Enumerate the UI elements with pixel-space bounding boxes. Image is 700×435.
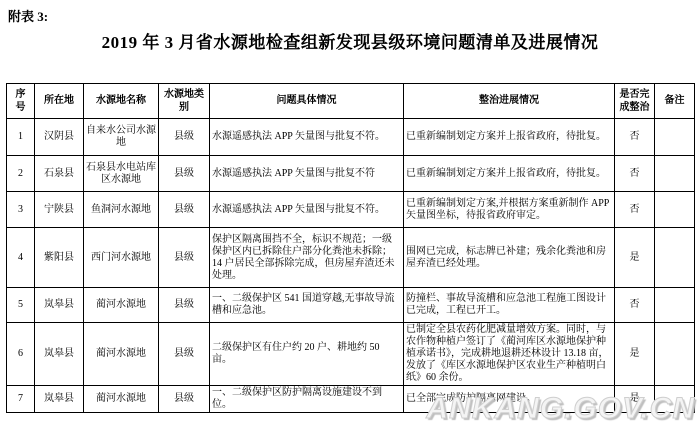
- cell-remark: [655, 119, 695, 156]
- cell-category: 县级: [159, 228, 210, 288]
- cell-remark: [655, 156, 695, 192]
- cell-source-name: 石泉县水电站库区水源地: [84, 156, 159, 192]
- cell-no: 5: [7, 288, 35, 323]
- column-header-completed: 是否完成整治: [615, 84, 655, 119]
- cell-progress: 已重新编制划定方案并上报省政府，待批复。: [404, 156, 615, 192]
- cell-no: 2: [7, 156, 35, 192]
- cell-category: 县级: [159, 156, 210, 192]
- cell-remark: [655, 228, 695, 288]
- table-row: 7 岚皋县 蔺河水源地 县级 一、二级保护区防护隔离设施建设不到位。 已全部完成…: [7, 386, 695, 413]
- cell-completed: 是: [615, 228, 655, 288]
- table-row: 1 汉阴县 自来水公司水源地 县级 水源遥感执法 APP 矢量图与批复不符。 已…: [7, 119, 695, 156]
- table-row: 4 紫阳县 西门河水源地 县级 保护区隔离围挡不全，标识不规范；一级保护区内已拆…: [7, 228, 695, 288]
- cell-completed: 否: [615, 192, 655, 228]
- table-row: 5 岚皋县 蔺河水源地 县级 一、二级保护区 541 国道穿越,无事故导流槽和应…: [7, 288, 695, 323]
- cell-progress: 已制定全县农药化肥减量增效方案。同时，与农作物种植户签订了《蔺河库区水源地保护种…: [404, 323, 615, 386]
- cell-no: 6: [7, 323, 35, 386]
- cell-remark: [655, 386, 695, 413]
- cell-remark: [655, 192, 695, 228]
- cell-source-name: 蔺河水源地: [84, 288, 159, 323]
- cell-remark: [655, 323, 695, 386]
- cell-problem: 一、二级保护区防护隔离设施建设不到位。: [210, 386, 404, 413]
- cell-completed: 否: [615, 119, 655, 156]
- cell-problem: 二级保护区有住户约 20 户、耕地约 50 亩。: [210, 323, 404, 386]
- cell-location: 岚皋县: [35, 288, 84, 323]
- cell-location: 岚皋县: [35, 386, 84, 413]
- cell-category: 县级: [159, 386, 210, 413]
- column-header-location: 所在地: [35, 84, 84, 119]
- cell-problem: 水源遥感执法 APP 矢量图与批复不符。: [210, 119, 404, 156]
- table-body: 1 汉阴县 自来水公司水源地 县级 水源遥感执法 APP 矢量图与批复不符。 已…: [7, 119, 695, 413]
- cell-progress: 已全部完成防护隔离网建设。: [404, 386, 615, 413]
- cell-source-name: 自来水公司水源地: [84, 119, 159, 156]
- cell-category: 县级: [159, 323, 210, 386]
- cell-progress: 围网已完成，标志牌已补建；残余化粪池和房屋弃渣已经处理。: [404, 228, 615, 288]
- cell-problem: 保护区隔离围挡不全，标识不规范；一级保护区内已拆除住户部分化粪池未拆除；14 户…: [210, 228, 404, 288]
- cell-problem: 水源遥感执法 APP 矢量图与批复不符。: [210, 192, 404, 228]
- cell-source-name: 鱼洞河水源地: [84, 192, 159, 228]
- column-header-source-name: 水源地名称: [84, 84, 159, 119]
- cell-source-name: 蔺河水源地: [84, 386, 159, 413]
- cell-completed: 是: [615, 386, 655, 413]
- column-header-no: 序号: [7, 84, 35, 119]
- cell-category: 县级: [159, 288, 210, 323]
- cell-no: 1: [7, 119, 35, 156]
- column-header-category: 水源地类别: [159, 84, 210, 119]
- cell-category: 县级: [159, 192, 210, 228]
- cell-location: 宁陕县: [35, 192, 84, 228]
- cell-progress: 防撞栏、事故导流槽和应急池工程施工图设计已完成，工程已开工。: [404, 288, 615, 323]
- cell-no: 7: [7, 386, 35, 413]
- cell-remark: [655, 288, 695, 323]
- cell-problem: 水源遥感执法 APP 矢量图与批复不符: [210, 156, 404, 192]
- cell-progress: 已重新编制划定方案并上报省政府，待批复。: [404, 119, 615, 156]
- cell-completed: 否: [615, 156, 655, 192]
- cell-source-name: 蔺河水源地: [84, 323, 159, 386]
- column-header-progress: 整治进展情况: [404, 84, 615, 119]
- table-header: 序号 所在地 水源地名称 水源地类别 问题具体情况 整治进展情况 是否完成整治 …: [7, 84, 695, 119]
- cell-category: 县级: [159, 119, 210, 156]
- cell-completed: 否: [615, 288, 655, 323]
- cell-location: 紫阳县: [35, 228, 84, 288]
- table-row: 2 石泉县 石泉县水电站库区水源地 县级 水源遥感执法 APP 矢量图与批复不符…: [7, 156, 695, 192]
- column-header-problem: 问题具体情况: [210, 84, 404, 119]
- table-row: 3 宁陕县 鱼洞河水源地 县级 水源遥感执法 APP 矢量图与批复不符。 已重新…: [7, 192, 695, 228]
- annex-label: 附表 3:: [8, 6, 48, 25]
- cell-location: 石泉县: [35, 156, 84, 192]
- cell-location: 汉阴县: [35, 119, 84, 156]
- cell-location: 岚皋县: [35, 323, 84, 386]
- cell-no: 3: [7, 192, 35, 228]
- cell-completed: 是: [615, 323, 655, 386]
- cell-progress: 已重新编制划定方案,并根据方案重新制作 APP 矢量图坐标，待报省政府审定。: [404, 192, 615, 228]
- cell-problem: 一、二级保护区 541 国道穿越,无事故导流槽和应急池。: [210, 288, 404, 323]
- cell-no: 4: [7, 228, 35, 288]
- table-row: 6 岚皋县 蔺河水源地 县级 二级保护区有住户约 20 户、耕地约 50 亩。 …: [7, 323, 695, 386]
- header-row: 序号 所在地 水源地名称 水源地类别 问题具体情况 整治进展情况 是否完成整治 …: [7, 84, 695, 119]
- column-header-remark: 备注: [655, 84, 695, 119]
- cell-source-name: 西门河水源地: [84, 228, 159, 288]
- page-title: 2019 年 3 月省水源地检查组新发现县级环境问题清单及进展情况: [0, 28, 700, 53]
- issues-table: 序号 所在地 水源地名称 水源地类别 问题具体情况 整治进展情况 是否完成整治 …: [6, 83, 695, 413]
